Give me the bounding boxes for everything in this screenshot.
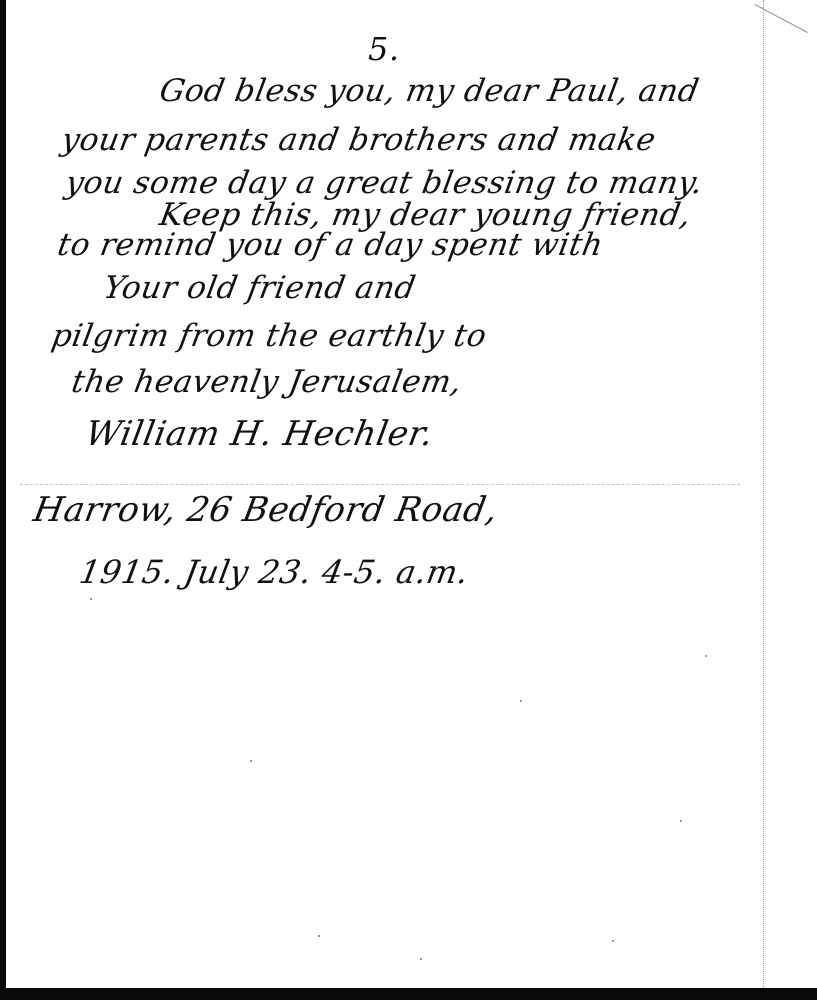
scan-speck bbox=[612, 940, 614, 942]
letter-line-3: you some day a great blessing to many. bbox=[63, 165, 706, 201]
scan-speck bbox=[420, 958, 422, 960]
scan-bottom-border bbox=[0, 988, 817, 1000]
scan-speck bbox=[705, 655, 707, 657]
letter-line-1: God bless you, my dear Paul, and bbox=[157, 73, 702, 109]
address: Harrow, 26 Bedford Road, bbox=[30, 490, 500, 530]
scan-speck bbox=[318, 935, 320, 937]
scan-left-border bbox=[0, 0, 6, 1000]
letter-page: 5. God bless you, my dear Paul, and your… bbox=[0, 0, 817, 1000]
signature: William H. Hechler. bbox=[82, 414, 436, 454]
scan-speck bbox=[90, 598, 92, 600]
fold-line-horizontal bbox=[20, 484, 740, 485]
page-number: 5. bbox=[368, 30, 400, 68]
date: 1915. July 23. 4-5. a.m. bbox=[77, 553, 472, 591]
letter-line-6: Your old friend and bbox=[101, 270, 419, 306]
letter-line-5: to remind you of a day spent with bbox=[55, 227, 606, 263]
scan-speck bbox=[680, 820, 682, 822]
letter-line-2: your parents and brothers and make bbox=[59, 122, 659, 158]
scan-speck bbox=[250, 760, 252, 762]
letter-line-7: pilgrim from the earthly to bbox=[49, 318, 490, 354]
scan-speck bbox=[520, 700, 522, 702]
letter-line-8: the heavenly Jerusalem, bbox=[69, 364, 465, 400]
fold-line-vertical bbox=[763, 0, 764, 988]
